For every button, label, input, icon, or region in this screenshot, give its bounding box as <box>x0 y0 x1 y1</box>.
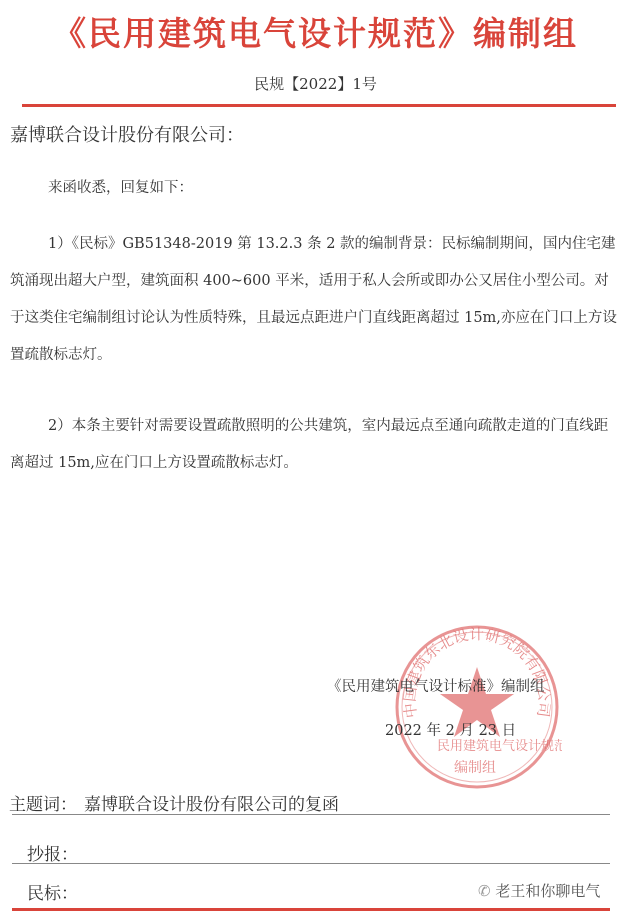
svg-text:编制组: 编制组 <box>454 760 496 776</box>
svg-text:民用建筑电气设计规范: 民用建筑电气设计规范 <box>437 738 562 754</box>
official-seal-icon: 中国建筑东北设计研究院有限公司 民用建筑电气设计规范 编制组 <box>392 622 562 792</box>
header-red-divider <box>22 104 616 107</box>
document-title: 《民用建筑电气设计规范》编制组 <box>0 8 631 55</box>
standard-label: 民标： <box>27 879 78 904</box>
signature: 《民用建筑电气设计标准》编制组 <box>327 675 545 696</box>
opening-line: 来函收悉，回复如下： <box>10 168 620 208</box>
wechat-icon: ✆ <box>478 882 491 900</box>
watermark-text: 老王和你聊电气 <box>495 882 600 900</box>
divider <box>12 814 610 815</box>
addressee: 嘉博联合设计股份有限公司： <box>10 121 244 147</box>
footer-red-divider <box>12 908 610 911</box>
paragraph-1: 1）《民标》GB51348-2019 第 13.2.3 条 2 款的编制背景：民… <box>10 226 620 374</box>
paragraph-2: 2）本条主要针对需要设置疏散照明的公共建筑，室内最远点至通向疏散走道的门直线距离… <box>10 408 620 482</box>
watermark: ✆ 老王和你聊电气 <box>478 880 600 901</box>
date: 2022 年 2 月 23 日 <box>385 719 516 740</box>
document-number: 民规【2022】1号 <box>0 73 631 94</box>
cc-label: 抄报： <box>27 840 78 865</box>
subject-label: 主题词： <box>9 790 77 815</box>
subject-value: 嘉博联合设计股份有限公司的复函 <box>84 790 339 815</box>
divider <box>12 863 610 864</box>
